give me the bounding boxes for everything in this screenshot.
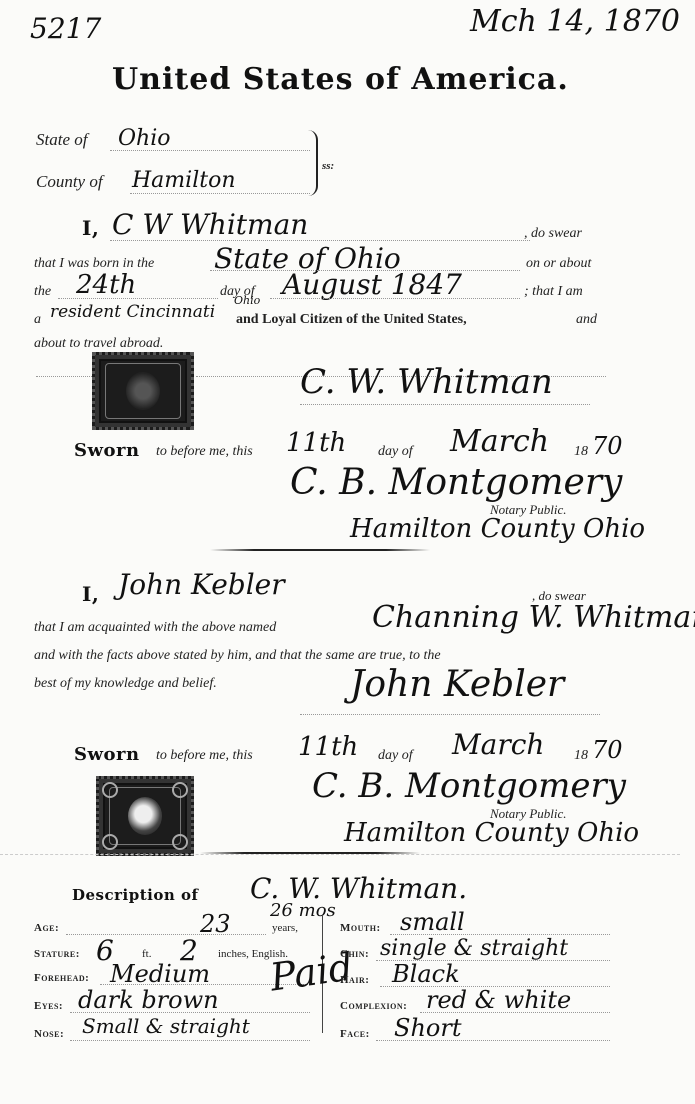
notary-location-2: Hamilton County Ohio [344, 818, 639, 848]
complexion-line [420, 1012, 610, 1013]
on-or-about: on or about [526, 256, 591, 272]
state-value: Ohio [118, 126, 171, 151]
nose-line [70, 1040, 310, 1041]
age-unit: years, [272, 922, 298, 934]
before-me-1: to before me, this [156, 444, 253, 460]
belief-text: best of my knowledge and belief. [34, 676, 217, 692]
age-label: Age: [34, 922, 59, 934]
jurat-year-print-1: 18 [574, 444, 588, 460]
residence: resident Cincinnati [50, 302, 215, 322]
county-line [130, 193, 310, 194]
sworn-label-1: Sworn [74, 440, 140, 461]
day-of-2: day of [378, 748, 413, 764]
a-label: a [34, 312, 41, 328]
revenue-stamp-applicant [92, 352, 194, 430]
mouth-label: Mouth: [340, 922, 381, 934]
chin-value: single & straight [380, 936, 568, 961]
the-label: the [34, 284, 51, 300]
description-heading: Description of [72, 886, 198, 904]
applicant-full-name: Channing W. Whitman [372, 600, 695, 635]
eyes-value: dark brown [78, 986, 219, 1014]
witness-signature-line [300, 714, 600, 715]
stamp-portrait-icon [128, 797, 162, 835]
witness-signature: John Kebler [350, 664, 564, 705]
acquainted-text: that I am acquainted with the above name… [34, 620, 276, 636]
applicant-name: C W Whitman [112, 208, 308, 241]
witness-i-glyph: I, [82, 582, 99, 606]
notary-signature-1: C. B. Montgomery [290, 462, 622, 503]
state-label: State of [36, 130, 87, 150]
birth-month-year: August 1847 [282, 268, 462, 301]
jurat-day-2: 11th [298, 732, 358, 762]
residence-insert: Ohio [234, 294, 260, 307]
day-of-1: day of [378, 444, 413, 460]
hair-value: Black [392, 960, 460, 988]
birth-day: 24th [76, 270, 136, 300]
document-title: United States of America. [112, 62, 569, 97]
age-value: 23 [200, 910, 231, 938]
eyes-label: Eyes: [34, 1000, 63, 1012]
face-line [376, 1040, 610, 1041]
notary-location-1: Hamilton County Ohio [350, 514, 645, 544]
file-number: 5217 [30, 12, 101, 45]
divider-line-2 [0, 854, 680, 855]
that-i-am: ; that I am [524, 284, 583, 300]
sworn-label-2: Sworn [74, 744, 140, 765]
forehead-label: Forehead: [34, 972, 89, 984]
age-insert: 26 mos [270, 900, 336, 921]
jurat-day-1: 11th [286, 428, 346, 458]
stature-label: Stature: [34, 948, 80, 960]
stamp-portrait-icon [126, 372, 160, 410]
applicant-signature-line-left [36, 376, 92, 377]
before-me-2: to before me, this [156, 748, 253, 764]
jurat-year-hand-2: 70 [592, 736, 623, 764]
applicant-signature-line [300, 404, 590, 405]
applicant-signature: C. W. Whitman [300, 362, 553, 402]
nose-value: Small & straight [82, 1014, 250, 1038]
nose-label: Nose: [34, 1028, 64, 1040]
ft-unit: ft. [142, 948, 151, 960]
applicant-name-line [110, 240, 530, 241]
county-label: County of [36, 172, 103, 192]
chin-label: Chin: [340, 948, 369, 960]
face-value: Short [394, 1014, 461, 1042]
and-label: and [576, 312, 597, 328]
jurat-year-hand-1: 70 [592, 432, 623, 460]
mouth-value: small [400, 908, 465, 936]
complexion-label: Complexion: [340, 1000, 407, 1012]
county-value: Hamilton [132, 168, 236, 193]
facts-text: and with the facts above stated by him, … [34, 648, 441, 664]
jurat-month-2: March [452, 728, 544, 761]
birth-month-line [270, 298, 520, 299]
stamp-corner-icon [102, 782, 118, 798]
venue-brace [308, 130, 318, 196]
notary-signature-2: C. B. Montgomery [312, 766, 626, 806]
state-line [110, 150, 310, 151]
jurat-year-print-2: 18 [574, 748, 588, 764]
filed-date: Mch 14, 1870 [470, 4, 680, 39]
divider-flourish-1 [210, 549, 430, 551]
revenue-stamp-witness [96, 776, 194, 856]
birth-day-line [58, 298, 218, 299]
do-swear: , do swear [524, 226, 582, 242]
ss-label: ss: [322, 160, 334, 172]
hair-label: Hair: [340, 974, 369, 986]
travel-abroad: about to travel abroad. [34, 336, 163, 352]
applicant-i-glyph: I, [82, 216, 99, 240]
eyes-line [70, 1012, 310, 1013]
face-label: Face: [340, 1028, 370, 1040]
jurat-month-1: March [450, 424, 549, 459]
stamp-corner-icon [172, 782, 188, 798]
stamp-corner-icon [102, 834, 118, 850]
complexion-value: red & white [426, 986, 571, 1014]
citizen-text: and Loyal Citizen of the United States, [236, 312, 467, 328]
witness-name: John Kebler [118, 568, 285, 601]
mouth-line [390, 934, 610, 935]
stamp-corner-icon [172, 834, 188, 850]
